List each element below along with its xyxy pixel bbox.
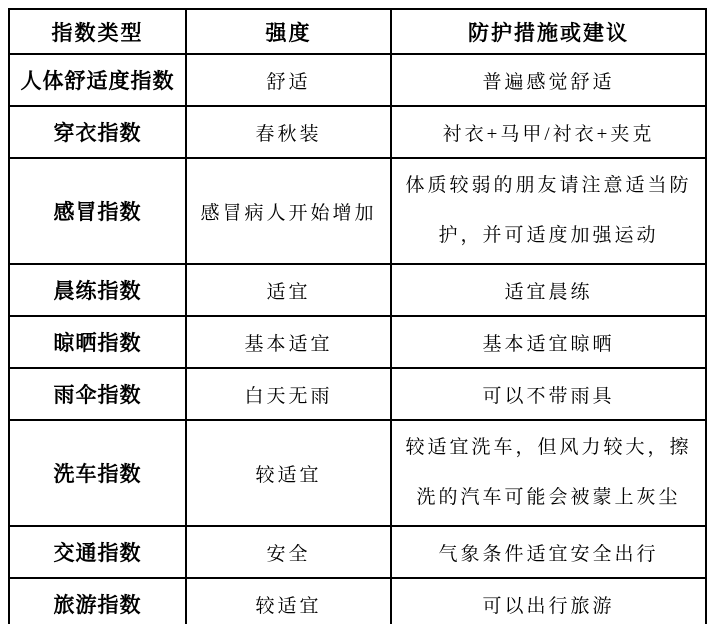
strength-cell: 舒适 <box>186 54 391 106</box>
weather-index-table: 指数类型 强度 防护措施或建议 人体舒适度指数 舒适 普遍感觉舒适 穿衣指数 春… <box>8 8 707 624</box>
index-type-cell: 穿衣指数 <box>9 106 186 158</box>
table-row: 旅游指数 较适宜 可以出行旅游 <box>9 578 706 624</box>
table-row: 晾晒指数 基本适宜 基本适宜晾晒 <box>9 316 706 368</box>
table-row: 穿衣指数 春秋装 衬衣+马甲/衬衣+夹克 <box>9 106 706 158</box>
header-strength: 强度 <box>186 9 391 54</box>
strength-cell: 基本适宜 <box>186 316 391 368</box>
index-type-cell: 雨伞指数 <box>9 368 186 420</box>
table-row: 雨伞指数 白天无雨 可以不带雨具 <box>9 368 706 420</box>
advice-cell: 适宜晨练 <box>391 264 706 316</box>
strength-cell: 春秋装 <box>186 106 391 158</box>
header-index-type: 指数类型 <box>9 9 186 54</box>
strength-cell: 适宜 <box>186 264 391 316</box>
advice-cell: 可以出行旅游 <box>391 578 706 624</box>
index-type-cell: 晨练指数 <box>9 264 186 316</box>
header-advice: 防护措施或建议 <box>391 9 706 54</box>
index-type-cell: 感冒指数 <box>9 158 186 264</box>
index-type-cell: 晾晒指数 <box>9 316 186 368</box>
advice-cell: 普遍感觉舒适 <box>391 54 706 106</box>
table-body: 人体舒适度指数 舒适 普遍感觉舒适 穿衣指数 春秋装 衬衣+马甲/衬衣+夹克 感… <box>9 54 706 624</box>
strength-cell: 安全 <box>186 526 391 578</box>
index-type-cell: 交通指数 <box>9 526 186 578</box>
page: 指数类型 强度 防护措施或建议 人体舒适度指数 舒适 普遍感觉舒适 穿衣指数 春… <box>0 0 713 624</box>
strength-cell: 较适宜 <box>186 578 391 624</box>
advice-cell: 体质较弱的朋友请注意适当防护，并可适度加强运动 <box>391 158 706 264</box>
advice-cell: 较适宜洗车，但风力较大，擦洗的汽车可能会被蒙上灰尘 <box>391 420 706 526</box>
strength-cell: 较适宜 <box>186 420 391 526</box>
advice-cell: 衬衣+马甲/衬衣+夹克 <box>391 106 706 158</box>
table-row: 交通指数 安全 气象条件适宜安全出行 <box>9 526 706 578</box>
advice-cell: 基本适宜晾晒 <box>391 316 706 368</box>
index-type-cell: 旅游指数 <box>9 578 186 624</box>
table-header-row: 指数类型 强度 防护措施或建议 <box>9 9 706 54</box>
advice-cell: 可以不带雨具 <box>391 368 706 420</box>
index-type-cell: 人体舒适度指数 <box>9 54 186 106</box>
table-row: 感冒指数 感冒病人开始增加 体质较弱的朋友请注意适当防护，并可适度加强运动 <box>9 158 706 264</box>
table-row: 人体舒适度指数 舒适 普遍感觉舒适 <box>9 54 706 106</box>
strength-cell: 感冒病人开始增加 <box>186 158 391 264</box>
table-row: 洗车指数 较适宜 较适宜洗车，但风力较大，擦洗的汽车可能会被蒙上灰尘 <box>9 420 706 526</box>
advice-cell: 气象条件适宜安全出行 <box>391 526 706 578</box>
strength-cell: 白天无雨 <box>186 368 391 420</box>
index-type-cell: 洗车指数 <box>9 420 186 526</box>
table-row: 晨练指数 适宜 适宜晨练 <box>9 264 706 316</box>
